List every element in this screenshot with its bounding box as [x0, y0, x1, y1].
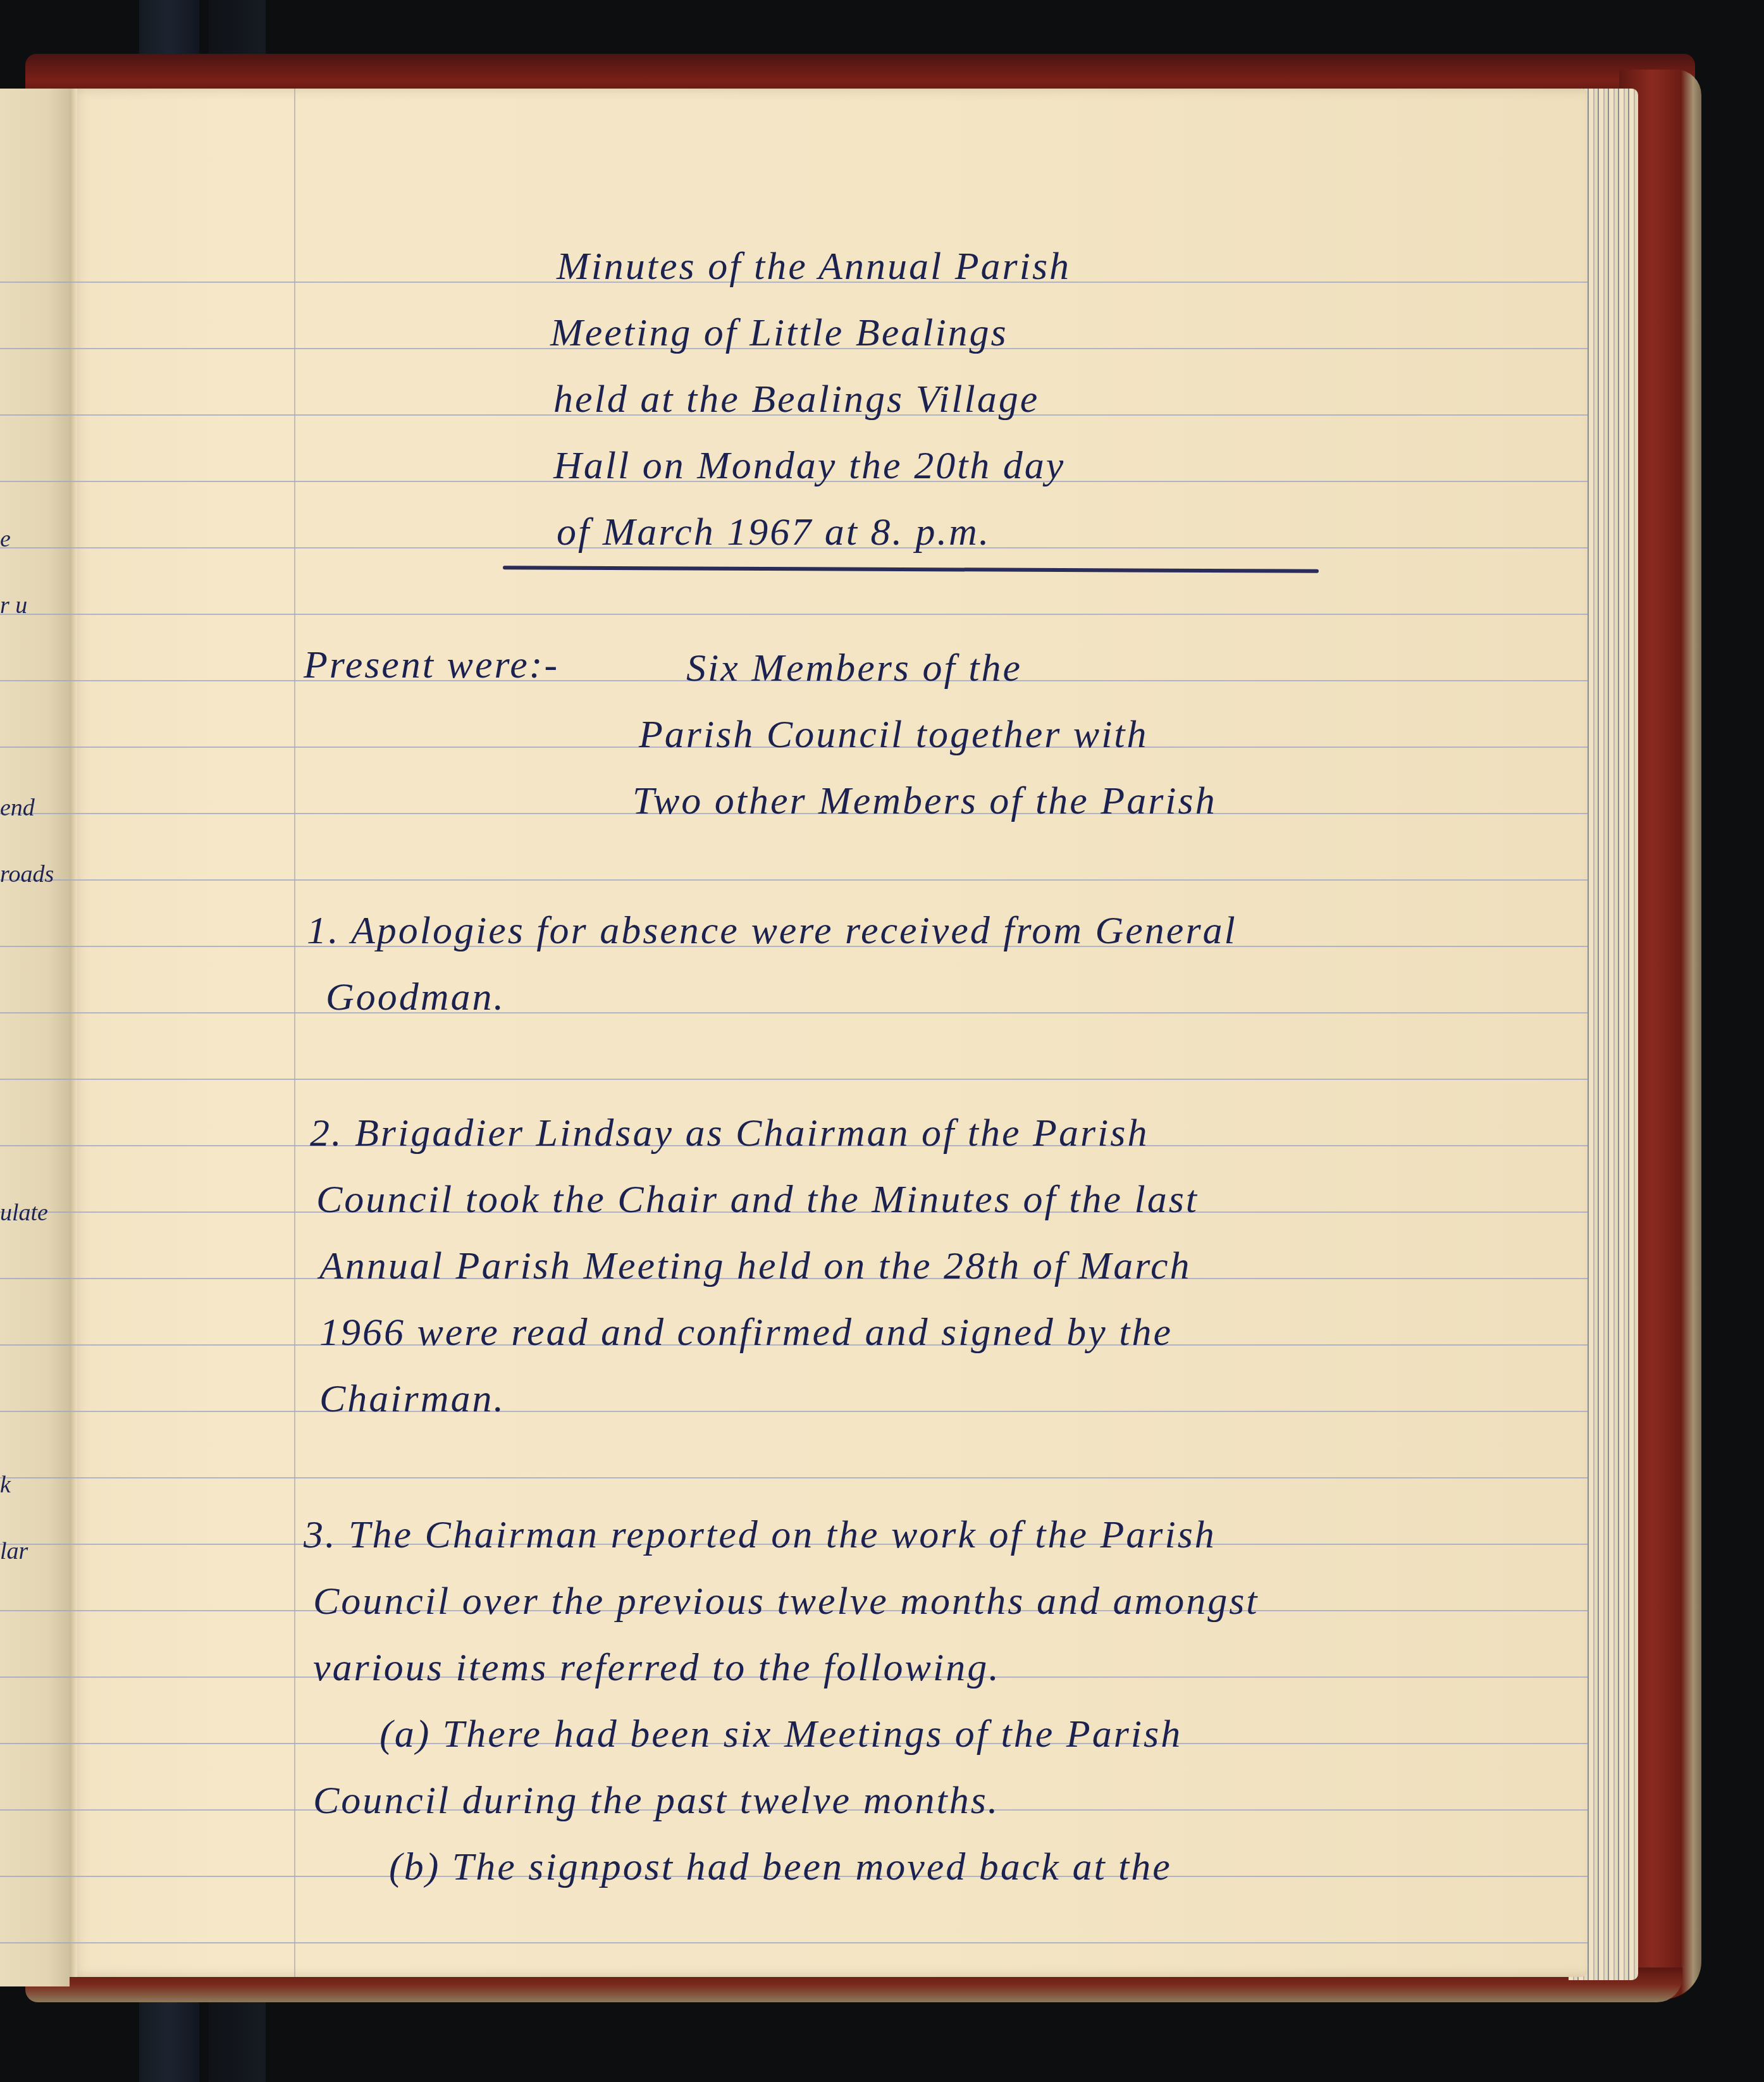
heading-line: Minutes of the Annual Parish: [557, 247, 1071, 286]
ruled-line: [0, 1079, 70, 1080]
ruled-line: [0, 946, 70, 947]
item-2-line: Chairman.: [319, 1379, 505, 1418]
left-page-text-fragment: e: [0, 525, 11, 553]
left-page-text-fragment: r u: [0, 592, 27, 619]
ruled-line: [0, 680, 70, 681]
ruled-line: [70, 614, 1588, 615]
heading-line: Meeting of Little Bealings: [550, 313, 1008, 352]
ruled-line: [0, 414, 70, 416]
item-3-line: Council over the previous twelve months …: [313, 1582, 1259, 1621]
item-2-line: Annual Parish Meeting held on the 28th o…: [319, 1246, 1192, 1286]
item-3-subitem-b: (b) The signpost had been moved back at …: [389, 1847, 1172, 1887]
present-line: Two other Members of the Parish: [632, 781, 1217, 821]
ruled-line: [0, 282, 70, 283]
ruled-line: [0, 747, 70, 748]
heading-line: held at the Bealings Village: [553, 380, 1039, 419]
left-page-text-fragment: roads: [0, 860, 54, 888]
item-3-line: Council during the past twelve months.: [313, 1781, 999, 1820]
item-3-line: various items referred to the following.: [313, 1648, 1001, 1687]
ruled-line: [0, 1743, 70, 1744]
ruled-line: [0, 1012, 70, 1013]
item-2-line: 2. Brigadier Lindsay as Chairman of the …: [310, 1113, 1149, 1153]
ruled-line: [0, 1610, 70, 1611]
minute-book-page: Minutes of the Annual Parish Meeting of …: [70, 89, 1588, 1977]
item-1-line: Goodman.: [326, 977, 505, 1017]
left-page-text-fragment: lar: [0, 1537, 28, 1565]
ruled-line: [0, 348, 70, 349]
ruled-line: [0, 1876, 70, 1877]
ruled-line: [0, 481, 70, 482]
ruled-line: [0, 1411, 70, 1412]
left-page-text-fragment: ulate: [0, 1199, 48, 1227]
ruled-line: [70, 1079, 1588, 1080]
gutter-shadow: [70, 89, 77, 1977]
ruled-line: [0, 1942, 70, 1943]
left-page-text-fragment: end: [0, 794, 35, 822]
item-3-line: 3. The Chairman reported on the work of …: [304, 1515, 1216, 1554]
ruled-line: [0, 1676, 70, 1678]
item-2-line: 1966 were read and confirmed and signed …: [319, 1313, 1173, 1352]
margin-rule: [294, 89, 295, 1977]
heading-underline: [503, 566, 1319, 573]
present-label: Present were:-: [304, 645, 559, 685]
ruled-line: [70, 1411, 1588, 1412]
heading-line: Hall on Monday the 20th day: [553, 446, 1065, 485]
ruled-line: [70, 1942, 1588, 1943]
present-line: Six Members of the: [686, 648, 1022, 688]
item-3-subitem-a: (a) There had been six Meetings of the P…: [379, 1714, 1182, 1754]
ruled-line: [0, 1145, 70, 1146]
present-line: Parish Council together with: [639, 715, 1149, 754]
ruled-line: [0, 1278, 70, 1279]
left-facing-page: [0, 89, 70, 1986]
ruled-line: [70, 879, 1588, 881]
item-2-line: Council took the Chair and the Minutes o…: [316, 1180, 1199, 1219]
ruled-line: [0, 1344, 70, 1346]
left-page-text-fragment: k: [0, 1471, 11, 1499]
item-1-line: 1. Apologies for absence were received f…: [307, 911, 1237, 950]
ruled-line: [70, 1012, 1588, 1013]
ruled-line: [70, 1477, 1588, 1478]
heading-line: of March 1967 at 8. p.m.: [557, 512, 990, 552]
ruled-line: [0, 1809, 70, 1811]
